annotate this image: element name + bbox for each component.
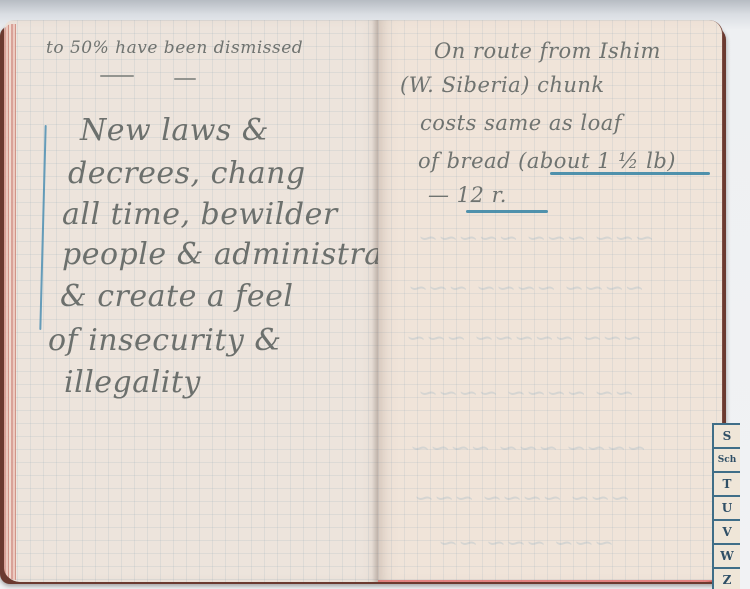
index-tab-t[interactable]: T xyxy=(714,471,740,495)
page-edge-red xyxy=(4,24,16,580)
photo-scene: to 50% have been dismissed New laws & de… xyxy=(0,0,750,589)
pencil-dash xyxy=(100,75,134,77)
index-tab-u[interactable]: U xyxy=(714,495,740,519)
blue-margin-line xyxy=(39,125,46,330)
index-tab-s[interactable]: S xyxy=(714,423,740,447)
bleed-through-text: ~~~ ~~~ ~~~~~ xyxy=(418,220,654,256)
bleed-through-text: ~~~ ~~~~~ ~~~ xyxy=(406,320,642,356)
index-tab-v[interactable]: V xyxy=(714,519,740,543)
left-page: to 50% have been dismissed New laws & de… xyxy=(4,20,380,582)
left-line-6: of insecurity & xyxy=(48,322,282,360)
bleed-through-text: ~~~ ~~~ ~~ xyxy=(438,525,614,561)
right-page: ~~~ ~~~ ~~~~~ ~~~~ ~~~~ ~~~ ~~~ ~~~~~ ~~… xyxy=(378,20,723,582)
left-line-5: & create a feel xyxy=(60,278,294,316)
index-tab-w[interactable]: W xyxy=(714,543,740,567)
blue-underline xyxy=(466,210,548,213)
notebook: to 50% have been dismissed New laws & de… xyxy=(0,20,740,585)
alphabet-index-tabs: S Sch T U V W Z xyxy=(712,423,740,589)
left-line-2: decrees, chang xyxy=(68,155,306,193)
left-line-7: illegality xyxy=(64,364,201,402)
bleed-through-text: ~~~~ ~~~ ~~~~ xyxy=(410,430,646,466)
index-tab-z[interactable]: Z xyxy=(714,567,740,589)
bleed-through-text: ~~~ ~~~~ ~~~ xyxy=(414,480,630,516)
bleed-through-text: ~~ ~~~~ ~~~~ xyxy=(418,375,634,411)
right-line-5: — 12 r. xyxy=(428,180,507,210)
right-line-3: costs same as loaf xyxy=(420,108,622,138)
right-line-1: On route from Ishim xyxy=(434,36,661,66)
bleed-through-text: ~~~~ ~~~~ ~~~ xyxy=(408,270,644,306)
page-edge-red-bottom xyxy=(378,580,728,582)
pencil-dash xyxy=(174,78,196,80)
index-tab-sch[interactable]: Sch xyxy=(714,447,740,471)
left-line-4: people & administrat xyxy=(62,236,395,274)
right-line-2: (W. Siberia) chunk xyxy=(400,70,605,100)
left-page-top-line: to 50% have been dismissed xyxy=(46,38,303,58)
left-line-1: New laws & xyxy=(80,112,269,150)
blue-underline xyxy=(550,172,710,175)
left-line-3: all time, bewilder xyxy=(62,196,338,234)
